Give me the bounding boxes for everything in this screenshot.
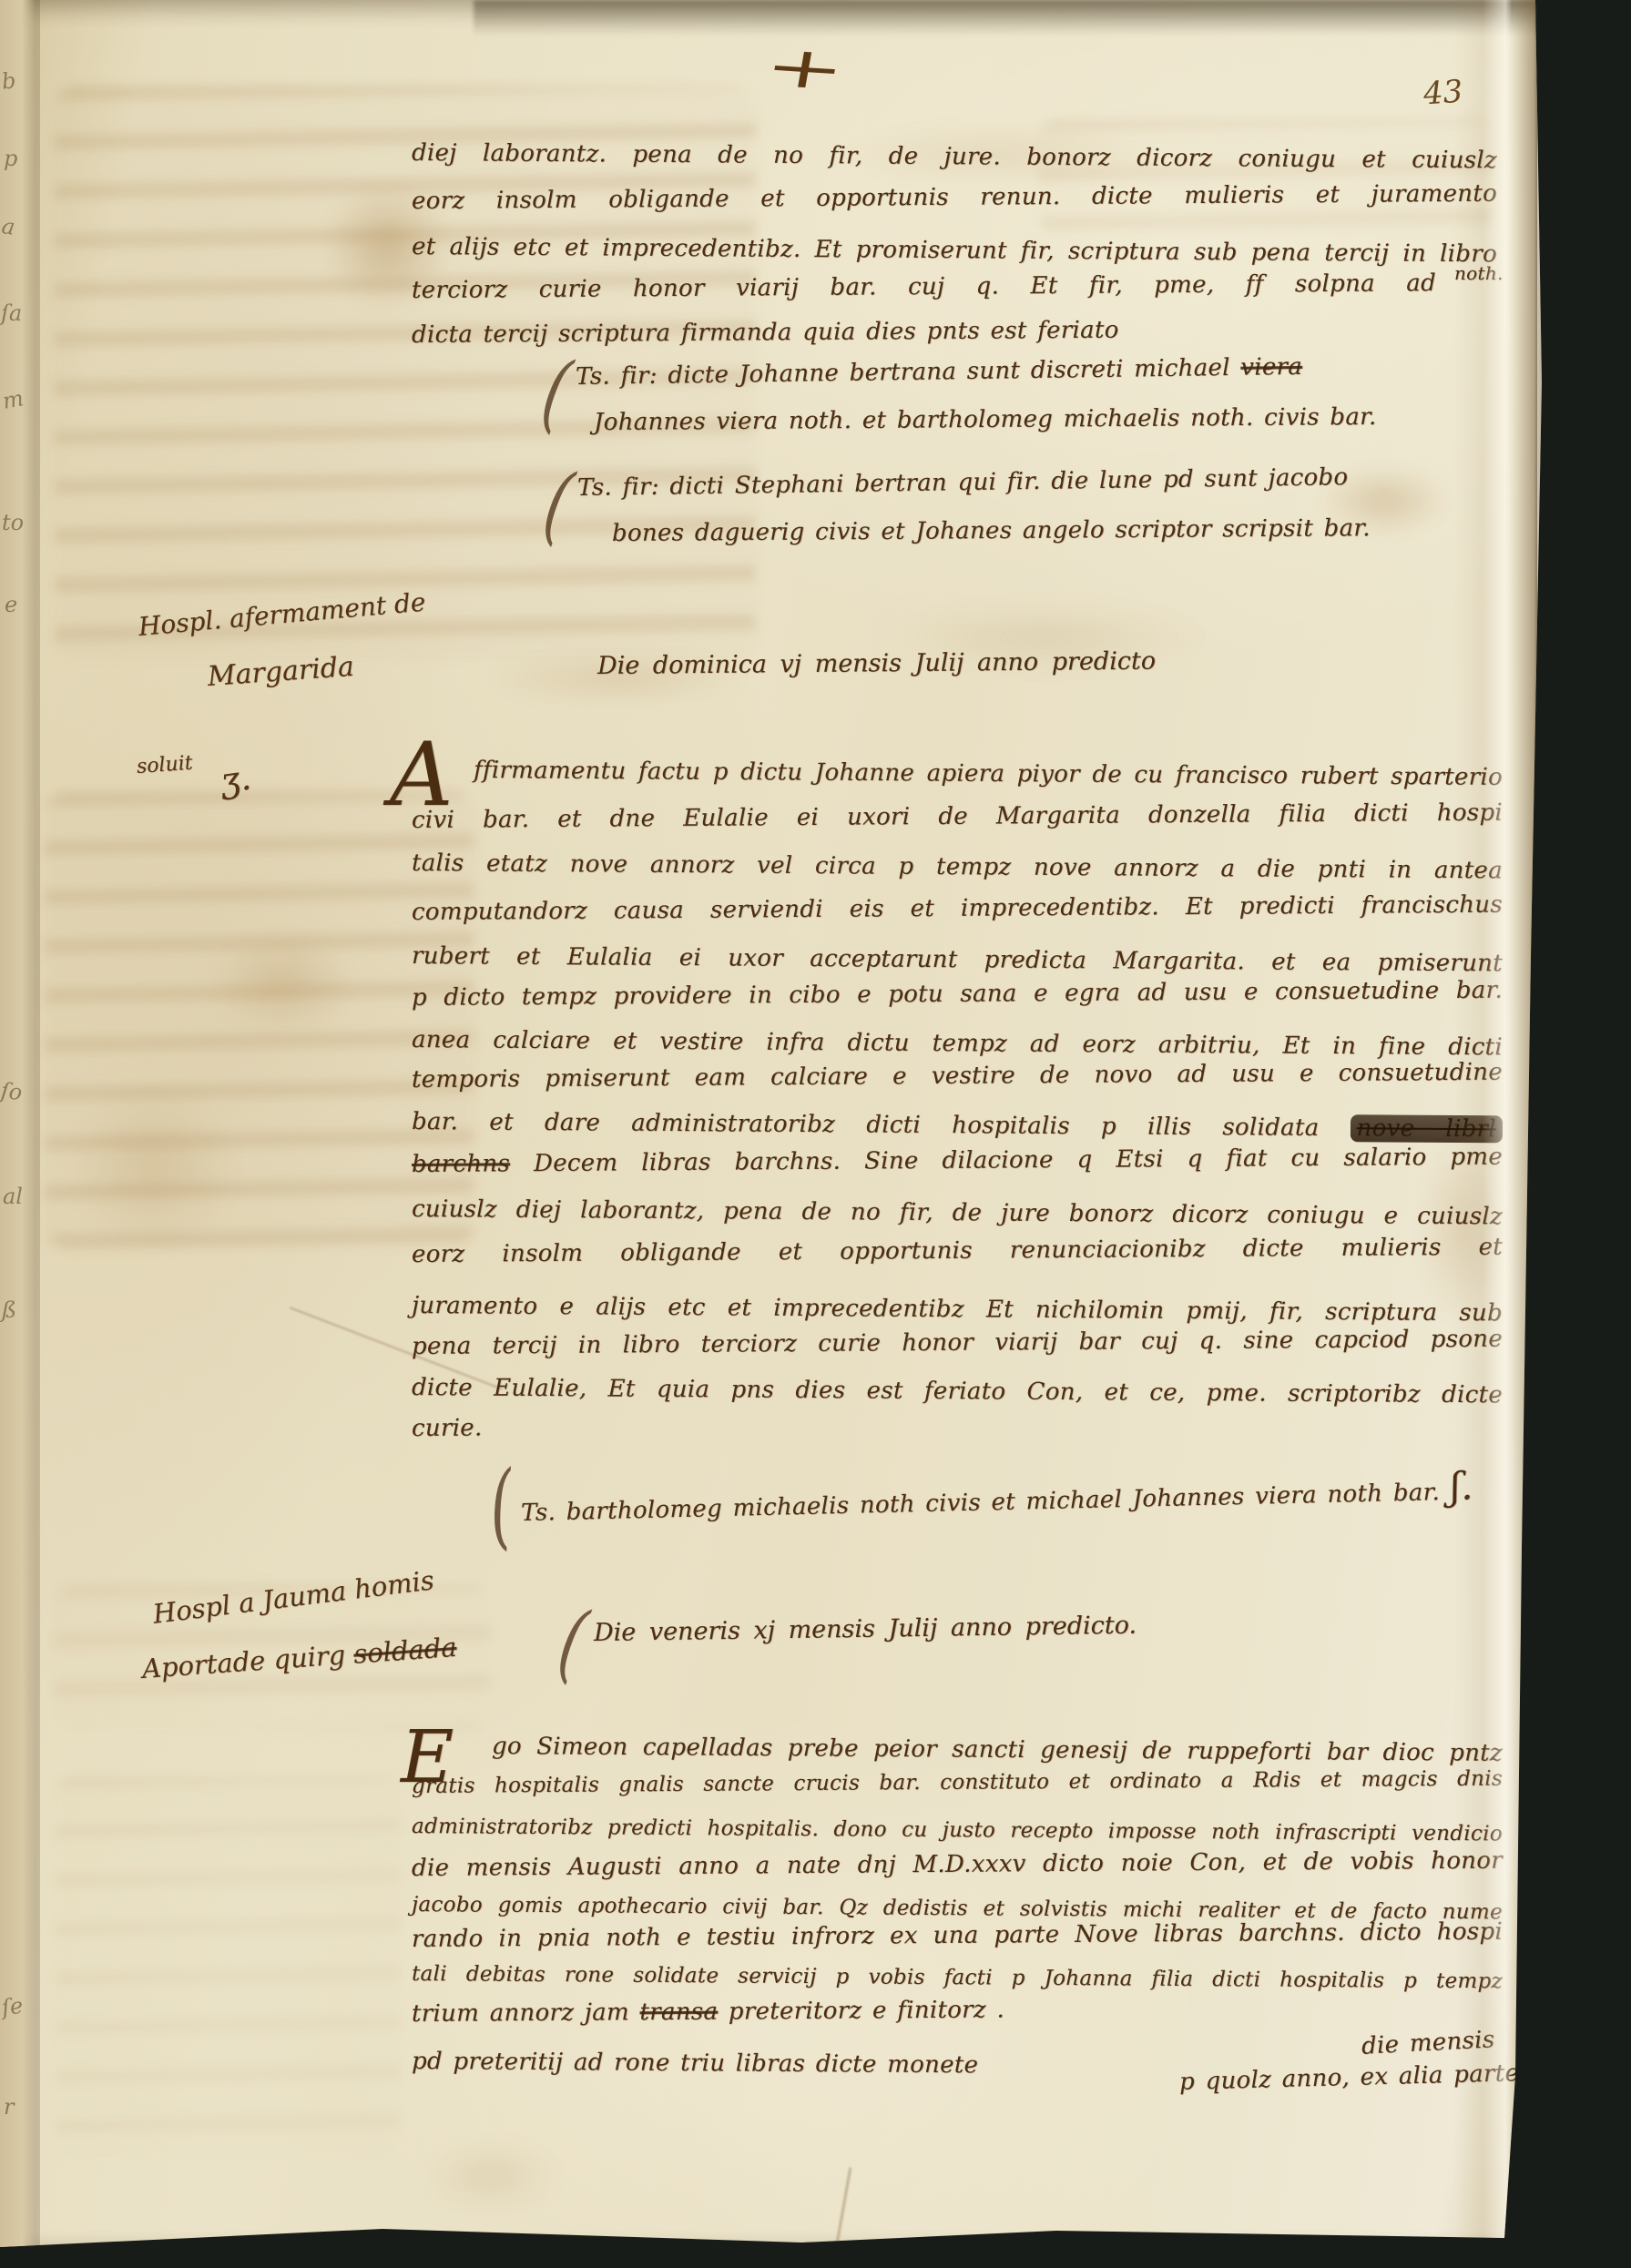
cross-mark: + (759, 32, 851, 103)
text-segment: trium annorz jam (412, 1998, 629, 2028)
text-line: rando in pnia noth e testiu infrorz ex u… (412, 1917, 1503, 1955)
text-line: die mensis Augusti anno a nate dnj M.D.x… (412, 1846, 1503, 1884)
stain (36, 1047, 273, 1284)
edge-fragment: b (1, 67, 17, 94)
initial-capital: A (390, 736, 453, 814)
margin-payment-mark: ʒ. (218, 758, 253, 801)
text-line: terciorz curie honor viarij bar. cuj q. … (412, 269, 1436, 305)
witness-text: Ts. bartholomeg michaelis noth civis et … (521, 1479, 1441, 1527)
date-heading: Die dominica vj mensis Julij anno predic… (597, 647, 1156, 680)
date-heading: Die veneris xj mensis Julij anno predict… (594, 1612, 1137, 1647)
text-line: rubert et Eulalia ei uxor acceptarunt pr… (412, 941, 1503, 979)
margin-payment-note: soluit (136, 752, 193, 778)
witness-line: bones daguerig civis et Johanes angelo s… (612, 514, 1371, 548)
text-segment: Decem libras barchns. Sine dilacione q E… (534, 1144, 1503, 1177)
text-line: gratis hospitalis gnalis sancte crucis b… (412, 1766, 1503, 1800)
text-segment: preteritorz e finitorz . (729, 1996, 1004, 2025)
text-line: eorz insolm obligande et opportunis renu… (412, 1233, 1503, 1270)
page-edge (0, 0, 40, 2249)
edge-fragment: m (1, 385, 25, 414)
stain (182, 910, 382, 1056)
text-line: pena tercij in libro terciorz curie hono… (412, 1325, 1503, 1362)
text-line: ffirmamentu factu p dictu Johanne apiera… (474, 756, 1503, 792)
text-line: civi bar. et dne Eulalie ei uxori de Mar… (412, 798, 1503, 836)
witness-line: Ts. bartholomeg michaelis noth civis et … (520, 1462, 1473, 1531)
manuscript-scan: b p a ſa m to e ſo al ß ſe r + 43 diej l… (0, 0, 1631, 2268)
edge-fragment: r (4, 2094, 14, 2120)
edge-fragment: al (3, 1184, 23, 1209)
text-line: talis etatz nove annorz vel circa p temp… (412, 849, 1503, 886)
paraph-flourish: ( (551, 1592, 595, 1695)
edge-fragment: p (4, 146, 17, 171)
text-line: juramento e alijs etc et imprecedentibz … (412, 1291, 1503, 1328)
text-line: dicte Eulalie, Et quia pns dies est feri… (412, 1373, 1503, 1410)
edge-fragment: to (2, 510, 24, 535)
page-right-fold (1453, 0, 1537, 2244)
edge-fragment: ſo (0, 1078, 24, 1105)
edge-fragment: ſa (1, 300, 22, 326)
struck-word: barchns (412, 1150, 510, 1178)
crease-line (836, 2167, 852, 2243)
text-line: administratoribz predicti hospitalis. do… (412, 1814, 1503, 1847)
struck-word: transa (639, 1998, 718, 2027)
edge-fragment: e (5, 592, 17, 617)
struck-word: viera (1240, 353, 1302, 381)
edge-fragment: ß (2, 1297, 16, 1323)
witness-line: Johannes viera noth. et bartholomeg mich… (594, 402, 1377, 437)
text-line: dicta tercij scriptura firmanda quia die… (412, 316, 1119, 351)
stain (392, 2121, 592, 2231)
top-edge-smear (474, 0, 1539, 36)
edge-fragment: ſe (0, 1993, 24, 2021)
text-line: cuiuslz diej laborantz, pena de no fir, … (412, 1195, 1503, 1232)
text-line: bar. et dare administratoribz dicti hosp… (412, 1107, 1503, 1144)
paraph-flourish: ( (486, 1452, 516, 1561)
text-line: barchns Decem libras barchns. Sine dilac… (412, 1143, 1503, 1180)
ink-bleedthrough (55, 1775, 401, 2158)
text-line: trium annorz jam transa preteritorz e fi… (412, 1995, 1004, 2029)
text-line: go Simeon capelladas prebe peior sancti … (492, 1732, 1503, 1768)
text-line: computandorz causa serviendi eis et impr… (412, 890, 1503, 928)
text-line: pd preteritij ad rone triu libras dicte … (412, 2047, 978, 2080)
parchment-page: b p a ſa m to e ſo al ß ſe r + 43 diej l… (0, 0, 1548, 2258)
text-line: temporis pmiserunt eam calciare e vestir… (412, 1058, 1503, 1095)
text-line: p dicto tempz providere in cibo e potu s… (412, 976, 1503, 1013)
text-line: anea calciare et vestire infra dictu tem… (412, 1025, 1503, 1063)
text-line: tali debitas rone solidate servicij p vo… (412, 1961, 1503, 1995)
text-segment: bar. et dare administratoribz dicti hosp… (412, 1108, 1320, 1142)
text-line: curie. (412, 1413, 483, 1443)
